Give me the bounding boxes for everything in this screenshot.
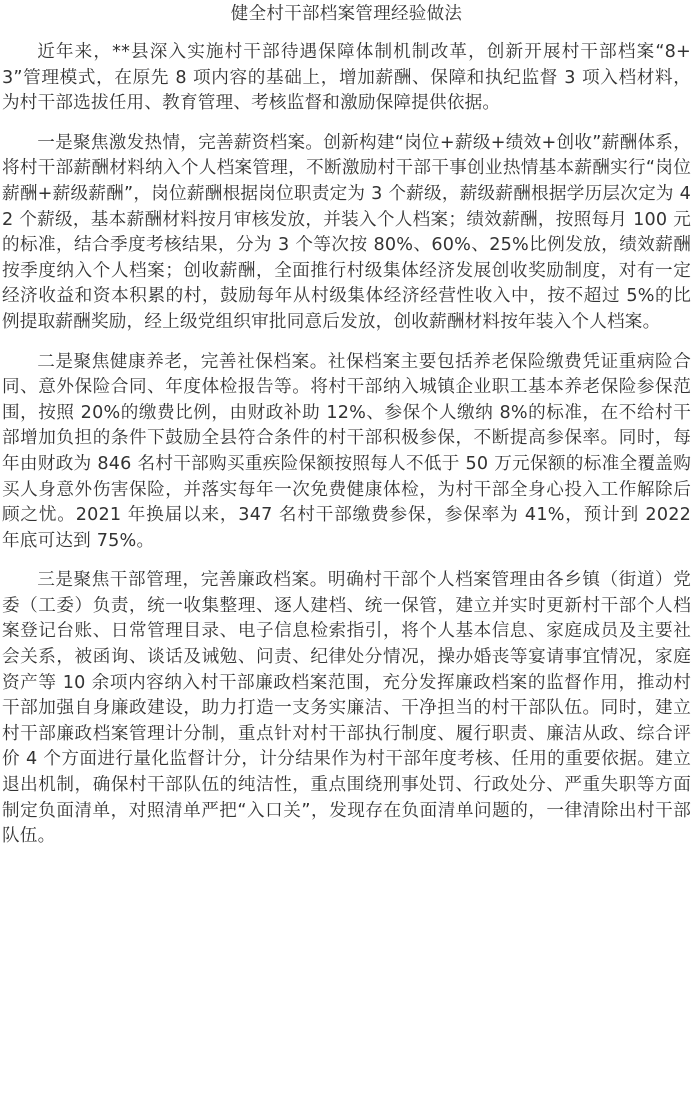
document-title: 健全村干部档案管理经验做法 (2, 2, 691, 26)
paragraph-salary-archive: 一是聚焦激发热情，完善薪资档案。创新构建“岗位+薪级+绩效+创收”薪酬体系，将村… (2, 131, 691, 336)
document: 健全村干部档案管理经验做法 近年来，**县深入实施村干部待遇保障体制机制改革，创… (0, 2, 693, 850)
paragraph-intro: 近年来，**县深入实施村干部待遇保障体制机制改革，创新开展村干部档案“8+3”管… (2, 40, 691, 117)
paragraph-social-security-archive: 二是聚焦健康养老，完善社保档案。社保档案主要包括养老保险缴费凭证重病险合同、意外… (2, 350, 691, 555)
paragraph-integrity-archive: 三是聚焦干部管理，完善廉政档案。明确村干部个人档案管理由各乡镇（街道）党委（工委… (2, 568, 691, 850)
